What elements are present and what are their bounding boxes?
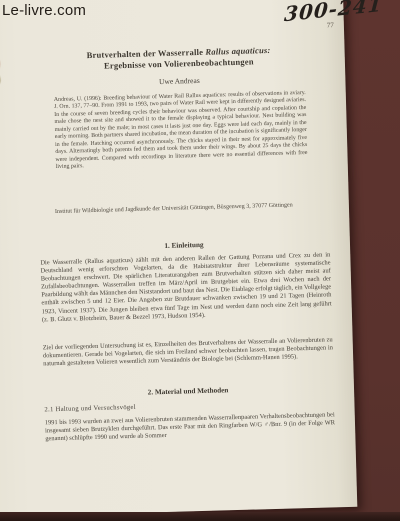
english-abstract: Andreas, U. (1996): Breeding behaviour o… xyxy=(54,90,308,172)
edge-smudge-olive xyxy=(0,72,1,85)
watermark-lelivre: Le-livre.com xyxy=(2,2,86,19)
species-name: Rallus aquaticus: xyxy=(205,45,270,57)
introduction-paragraph-1: Die Wasserralle (Rallus aquaticus) zählt… xyxy=(40,251,332,324)
scanned-page: 77 Brutverhalten der Wasserralle Rallus … xyxy=(0,0,357,517)
author-name: Uwe Andreas xyxy=(35,72,323,89)
author-affiliation: Institut für Wildbiologie und Jagdkunde … xyxy=(55,202,301,216)
subsection-2-1-heading: 2.1 Haltung und Versuchsvögel xyxy=(44,398,332,413)
section-2-heading: 2. Material und Methoden xyxy=(44,383,332,399)
page-number: 77 xyxy=(327,21,334,29)
methods-paragraph-1: 1991 bis 1993 wurden an zwei aus Voliere… xyxy=(45,411,336,443)
article-title: Brutverhalten der Wasserralle Rallus aqu… xyxy=(34,43,322,72)
page-content: 77 Brutverhalten der Wasserralle Rallus … xyxy=(0,0,357,517)
section-1-heading: 1. Einleitung xyxy=(40,237,328,253)
table-edge-strip xyxy=(0,512,400,521)
introduction-paragraph-2: Ziel der vorliegenden Untersuchung ist e… xyxy=(43,336,334,368)
edge-smudge-red xyxy=(0,58,1,73)
